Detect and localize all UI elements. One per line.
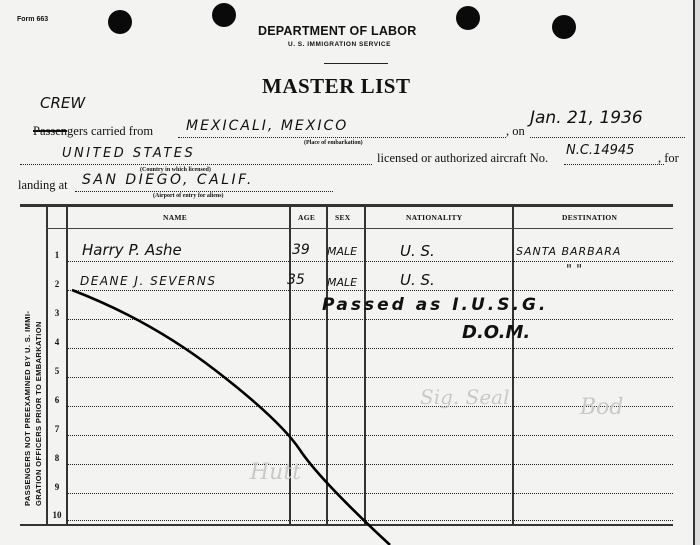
page-edge <box>693 0 700 545</box>
cancellation-line <box>0 0 700 545</box>
document-page: Form 663 DEPARTMENT OF LABOR U. S. IMMIG… <box>0 0 700 545</box>
